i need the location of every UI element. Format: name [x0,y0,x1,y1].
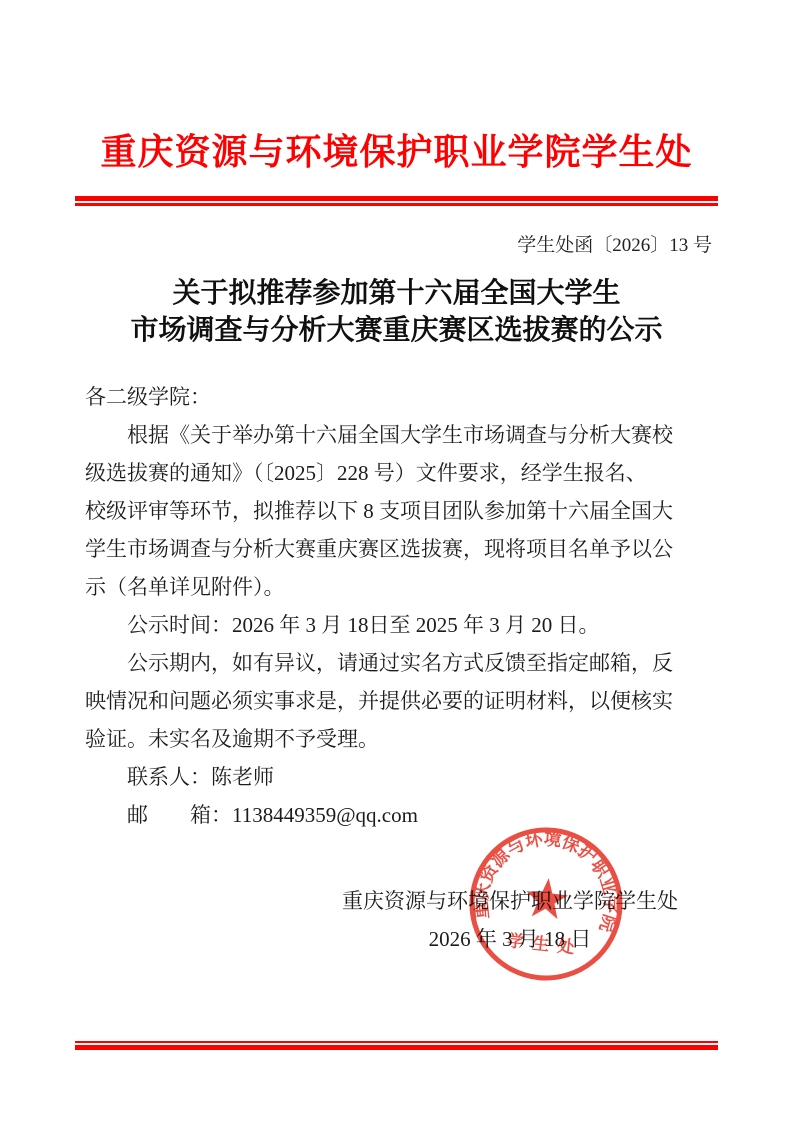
document-number: 学生处函〔2026〕13 号 [75,233,718,258]
footer-double-rule [75,1041,718,1050]
body-line: 各二级学院： [85,378,718,416]
body-line: 联系人：陈老师 [85,758,718,796]
body-line: 公示期内，如有异议，请通过实名方式反馈至指定邮箱，反 [85,644,718,682]
body-line: 验证。未实名及逾期不予受理。 [85,720,718,758]
body-line: 映情况和问题必须实事求是，并提供必要的证明材料，以便核实 [85,682,718,720]
official-document-page: 重庆资源与环境保护职业学院学生处 学生处函〔2026〕13 号 关于拟推荐参加第… [0,0,793,1122]
agency-header-title: 重庆资源与环境保护职业学院学生处 [75,126,718,178]
signature-issuer: 重庆资源与环境保护职业学院学生处 [342,882,678,920]
body-line: 示（名单详见附件）。 [85,568,718,606]
document-title: 关于拟推荐参加第十六届全国大学生 市场调查与分析大赛重庆赛区选拔赛的公示 [75,275,718,349]
body-line: 根据《关于举办第十六届全国大学生市场调查与分析大赛校 [85,416,718,454]
document-title-line-1: 关于拟推荐参加第十六届全国大学生 [75,275,718,312]
body-text: 各二级学院： 根据《关于举办第十六届全国大学生市场调查与分析大赛校级选拔赛的通知… [75,378,718,834]
body-line: 公示时间：2026 年 3 月 18日至 2025 年 3 月 20 日。 [85,606,718,644]
body-line: 学生市场调查与分析大赛重庆赛区选拔赛，现将项目名单予以公 [85,530,718,568]
body-line: 级选拔赛的通知》（〔2025〕228 号）文件要求，经学生报名、 [85,454,718,492]
header-double-rule [75,196,718,206]
body-line: 邮 箱：1138449359@qq.com [85,796,718,834]
body-line: 校级评审等环节，拟推荐以下 8 支项目团队参加第十六届全国大 [85,492,718,530]
document-title-line-2: 市场调查与分析大赛重庆赛区选拔赛的公示 [75,312,718,349]
signature-block: 重庆资源与环境保护职业学院学生处 2026 年 3 月 18 日 [342,882,678,958]
signature-date: 2026 年 3 月 18 日 [342,920,678,958]
